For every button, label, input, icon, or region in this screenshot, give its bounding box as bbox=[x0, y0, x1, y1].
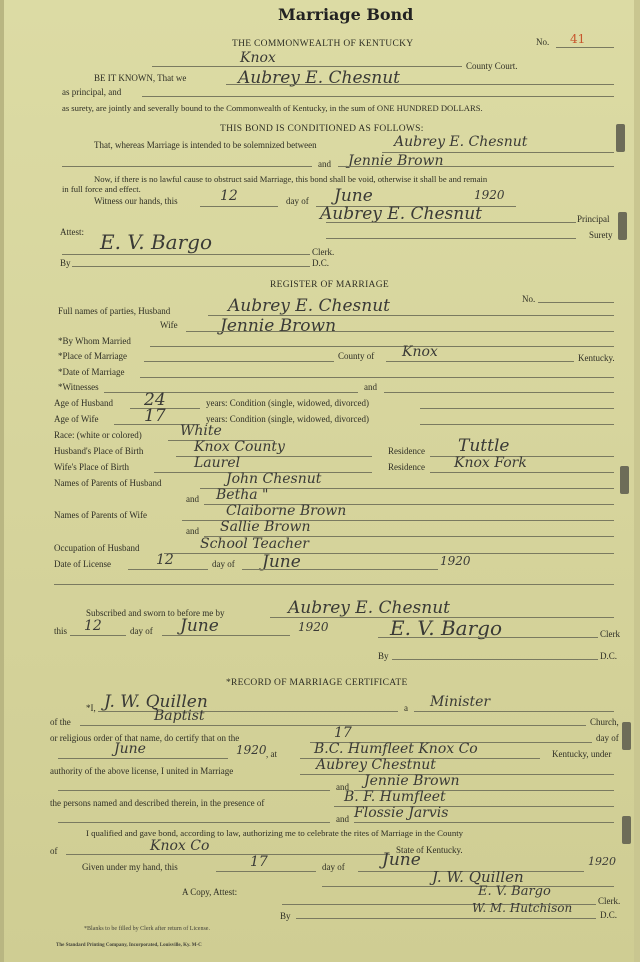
condition-wife-label: years: Condition (single, widowed, divor… bbox=[206, 414, 369, 424]
certificate-day-of-label: day of bbox=[596, 733, 619, 743]
printer-credit: The Standard Printing Company, Incorpora… bbox=[56, 943, 202, 948]
whereas-label: That, whereas Marriage is intended to be… bbox=[94, 140, 317, 150]
witness-two: Flossie Jarvis bbox=[354, 805, 448, 821]
wife-parents-and: and bbox=[186, 526, 199, 536]
surety-text: as surety, are jointly and severally bou… bbox=[62, 103, 483, 113]
race: White bbox=[180, 423, 222, 439]
sworn-day: 12 bbox=[84, 618, 102, 634]
wife-label: Wife bbox=[160, 320, 178, 330]
place-label: *Place of Marriage bbox=[58, 351, 127, 361]
certificate-i-label: *I, bbox=[86, 703, 96, 713]
given-day-of-label: day of bbox=[322, 862, 345, 872]
conditioned-heading: THIS BOND IS CONDITIONED AS FOLLOWS: bbox=[220, 124, 424, 134]
authority-label: authority of the above license, I united… bbox=[50, 766, 233, 776]
principal-signature: Aubrey E. Chesnut bbox=[320, 204, 482, 224]
husband-mother: Betha " bbox=[216, 487, 268, 503]
minister-title: Minister bbox=[430, 694, 490, 710]
given-under-label: Given under my hand, this bbox=[82, 862, 178, 872]
of-the-label: of the bbox=[50, 717, 71, 727]
date-of-marriage-label: *Date of Marriage bbox=[58, 367, 124, 377]
age-husband-label: Age of Husband bbox=[54, 398, 113, 408]
attest-dc-label: D.C. bbox=[600, 910, 617, 920]
county-name: Knox bbox=[240, 50, 276, 66]
marriage-bond-document: Marriage Bond THE COMMONWEALTH OF KENTUC… bbox=[4, 0, 634, 962]
dc-label: D.C. bbox=[312, 258, 329, 268]
presence-label: the persons named and described therein,… bbox=[50, 798, 264, 808]
by-whom-label: *By Whom Married bbox=[58, 336, 131, 346]
kentucky-under-label: Kentucky, under bbox=[552, 749, 611, 759]
husband-birth-label: Husband's Place of Birth bbox=[54, 446, 143, 456]
marriage-place: B.C. Humfleet Knox Co bbox=[314, 741, 478, 757]
binder-tab bbox=[618, 212, 627, 240]
husband-residence-label: Residence bbox=[388, 446, 425, 456]
wife-birthplace: Laurel bbox=[194, 455, 240, 471]
wife-birth-label: Wife's Place of Birth bbox=[54, 462, 129, 472]
occupation: School Teacher bbox=[200, 536, 309, 552]
age-wife: 17 bbox=[144, 406, 166, 426]
certificate-at-label: , at bbox=[266, 749, 277, 759]
witness-year: 1920 bbox=[474, 188, 505, 202]
commonwealth-heading: THE COMMONWEALTH OF KENTUCKY bbox=[232, 39, 413, 49]
church-label: Church, bbox=[590, 717, 619, 727]
condition-husband-label: years: Condition (single, widowed, divor… bbox=[206, 398, 369, 408]
by-label: By bbox=[60, 258, 71, 268]
copy-attest-label: A Copy, Attest: bbox=[182, 887, 237, 897]
county-of-label: of bbox=[50, 846, 58, 856]
wife-mother: Sallie Brown bbox=[220, 519, 311, 535]
given-month: June bbox=[382, 850, 421, 870]
qualified-text: I qualified and gave bond, according to … bbox=[86, 828, 463, 838]
given-day: 17 bbox=[250, 854, 268, 870]
sworn-this-label: this bbox=[54, 626, 67, 636]
license-year: 1920 bbox=[440, 554, 471, 568]
sworn-clerk-label: Clerk bbox=[600, 629, 620, 639]
bond-groom-name: Aubrey E. Chesnut bbox=[394, 134, 527, 150]
attest-clerk-signature: E. V. Bargo bbox=[478, 884, 551, 899]
document-title: Marriage Bond bbox=[278, 5, 413, 24]
county-of-label: County of bbox=[338, 351, 374, 361]
husband-father: John Chesnut bbox=[226, 471, 321, 487]
sworn-day-of-label: day of bbox=[130, 626, 153, 636]
principal-name: Aubrey E. Chesnut bbox=[238, 68, 400, 88]
principal-label: Principal bbox=[577, 214, 610, 224]
sworn-year: 1920 bbox=[298, 620, 329, 634]
certificate-day: 17 bbox=[334, 725, 352, 741]
as-principal-label: as principal, and bbox=[62, 87, 121, 97]
sworn-name: Aubrey E. Chesnut bbox=[288, 598, 450, 618]
church-name: Baptist bbox=[154, 708, 205, 724]
license-date-label: Date of License bbox=[54, 559, 111, 569]
race-label: Race: (white or colored) bbox=[54, 430, 142, 440]
parents-husband-label: Names of Parents of Husband bbox=[54, 478, 161, 488]
witness-day: 12 bbox=[220, 188, 238, 204]
certificate-bride: Jennie Brown bbox=[364, 773, 460, 789]
attest-by-label: By bbox=[280, 911, 291, 921]
certificate-county: Knox Co bbox=[150, 838, 209, 854]
bond-number: 41 bbox=[570, 32, 585, 46]
sworn-by-label: By bbox=[378, 651, 389, 661]
clerk-label: Clerk. bbox=[312, 247, 334, 257]
certificate-a-label: a bbox=[404, 703, 408, 713]
binder-tab bbox=[622, 722, 631, 750]
witnesses-label: *Witnesses bbox=[58, 382, 99, 392]
certificate-groom: Aubrey Chestnut bbox=[316, 757, 436, 773]
husband-birthplace: Knox County bbox=[194, 439, 285, 455]
certificate-year: 1920 bbox=[236, 743, 267, 757]
wife-residence: Knox Fork bbox=[454, 455, 527, 471]
attest-label: Attest: bbox=[60, 227, 84, 237]
witness-month: June bbox=[334, 186, 373, 206]
license-day-of-label: day of bbox=[212, 559, 235, 569]
kentucky-label: Kentucky. bbox=[578, 353, 615, 363]
footnote: *Blanks to be filled by Clerk after retu… bbox=[84, 926, 210, 932]
wife-father: Claiborne Brown bbox=[226, 503, 346, 519]
parents-wife-label: Names of Parents of Wife bbox=[54, 510, 147, 520]
witness-hands-label: Witness our hands, this bbox=[94, 196, 178, 206]
bond-and-label: and bbox=[318, 159, 331, 169]
age-wife-label: Age of Wife bbox=[54, 414, 98, 424]
wife-residence-label: Residence bbox=[388, 462, 425, 472]
witness-day-of-label: day of bbox=[286, 196, 309, 206]
wife-name: Jennie Brown bbox=[220, 316, 336, 336]
husband-label: Full names of parties, Husband bbox=[58, 306, 170, 316]
witness-and-label: and bbox=[336, 814, 349, 824]
sworn-month: June bbox=[180, 616, 219, 636]
attest-clerk-label: Clerk. bbox=[598, 896, 620, 906]
witness-one: B. F. Humfleet bbox=[344, 789, 446, 805]
now-if-text-1: Now, if there is no lawful cause to obst… bbox=[94, 174, 487, 184]
county-court-label: County Court. bbox=[466, 61, 518, 71]
deputy-clerk-signature: W. M. Hutchison bbox=[472, 901, 572, 915]
husband-parents-and: and bbox=[186, 494, 199, 504]
register-county: Knox bbox=[402, 344, 438, 360]
binder-tab bbox=[616, 124, 625, 152]
husband-residence: Tuttle bbox=[458, 436, 509, 456]
certificate-month: June bbox=[114, 741, 146, 757]
be-it-known-label: BE IT KNOWN, That we bbox=[94, 73, 186, 83]
now-if-text-2: in full force and effect. bbox=[62, 184, 141, 194]
witnesses-and-label: and bbox=[364, 382, 377, 392]
license-day: 12 bbox=[156, 552, 174, 568]
husband-name: Aubrey E. Chesnut bbox=[228, 296, 390, 316]
clerk-signature: E. V. Bargo bbox=[100, 230, 212, 254]
bond-number-label: No. bbox=[536, 37, 549, 47]
register-heading: REGISTER OF MARRIAGE bbox=[270, 280, 389, 290]
certificate-heading: *RECORD OF MARRIAGE CERTIFICATE bbox=[226, 678, 408, 688]
register-no-label: No. bbox=[522, 294, 535, 304]
binder-tab bbox=[620, 466, 629, 494]
sworn-dc-label: D.C. bbox=[600, 651, 617, 661]
surety-label: Surety bbox=[589, 230, 613, 240]
occupation-label: Occupation of Husband bbox=[54, 543, 139, 553]
given-year: 1920 bbox=[588, 855, 616, 868]
binder-tab bbox=[622, 816, 631, 844]
